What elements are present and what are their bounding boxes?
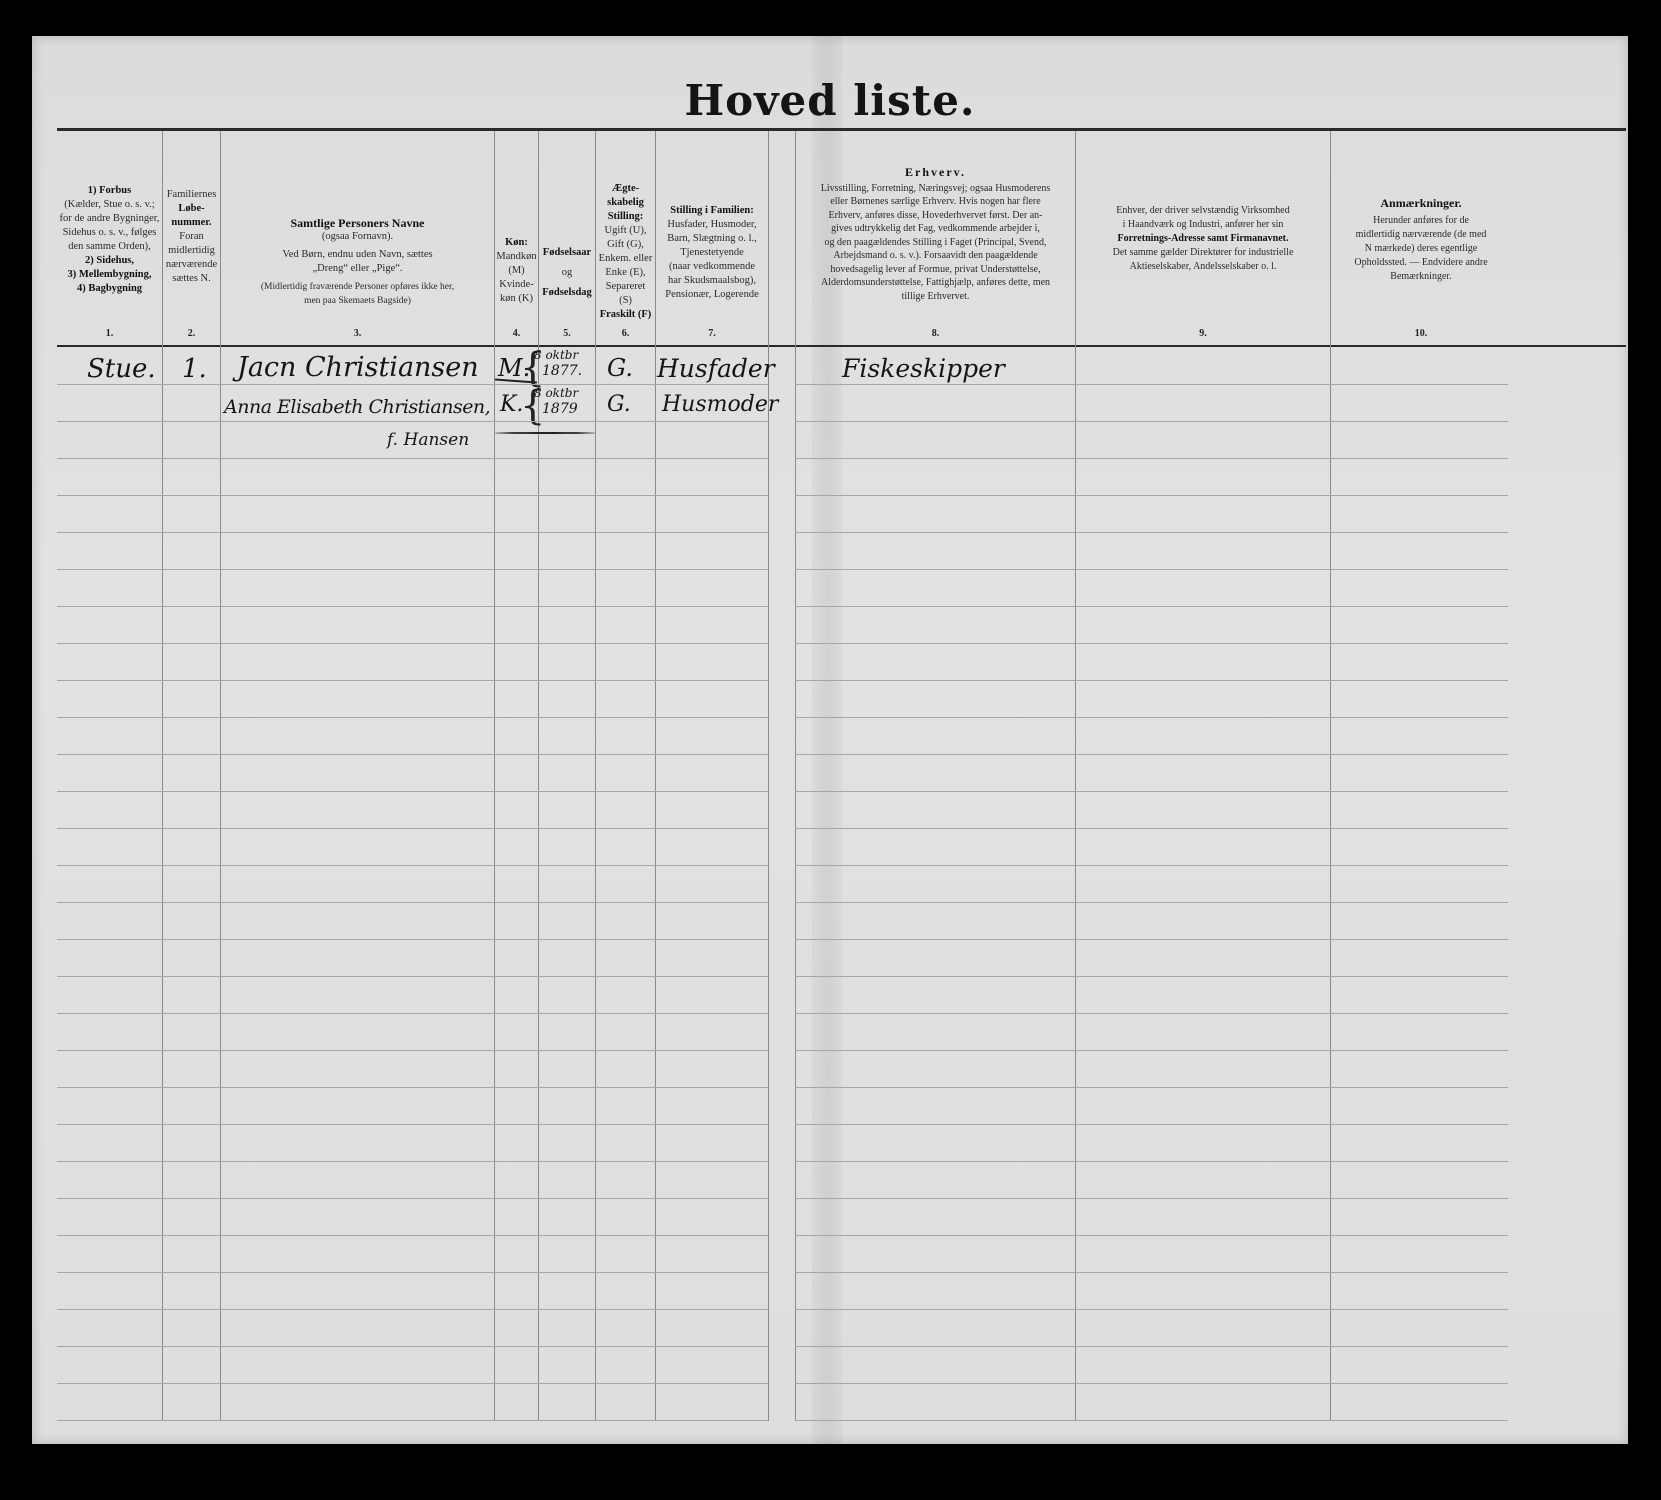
row-line bbox=[57, 458, 768, 459]
row-line bbox=[795, 865, 1508, 866]
row-line bbox=[57, 1383, 768, 1384]
header-line: køn (K) bbox=[495, 292, 538, 306]
column-divider bbox=[220, 131, 221, 1421]
header-line: Enke (E), bbox=[596, 266, 655, 280]
header-line: Livsstilling, Forretning, Næringsvej; og… bbox=[796, 182, 1075, 196]
column-divider bbox=[538, 131, 539, 1421]
row-line bbox=[795, 680, 1508, 681]
column-divider bbox=[1330, 131, 1331, 1421]
header-line: Ugift (U), bbox=[596, 224, 655, 238]
entry-family-number: 1. bbox=[182, 354, 207, 384]
header-col-4: Køn: Mandkøn (M) Kvinde- køn (K) bbox=[495, 236, 538, 306]
header-line: 1) Forbus bbox=[88, 185, 131, 196]
row-line bbox=[57, 606, 768, 607]
row-line bbox=[57, 532, 768, 533]
row-line bbox=[57, 495, 768, 496]
row-line bbox=[57, 1198, 768, 1199]
row-line bbox=[57, 384, 768, 385]
row-line bbox=[795, 1272, 1508, 1273]
row-line bbox=[57, 421, 768, 422]
header-line: Tjenestetyende bbox=[656, 246, 768, 260]
entry-building: Stue. bbox=[87, 354, 156, 384]
header-title: Samtlige Personers Navne bbox=[291, 216, 425, 230]
header-line: Alderdomsunderstøttelse, Fattighjælp, an… bbox=[796, 276, 1075, 290]
header-line: tillige Erhvervet. bbox=[796, 290, 1075, 304]
column-divider bbox=[655, 131, 656, 1421]
header-line: Fraskilt (F) bbox=[600, 309, 652, 320]
census-sheet: Hoved liste. 1) Forbus (Kælder, Stue o. … bbox=[32, 36, 1628, 1444]
header-line: Pensionær, Logerende bbox=[656, 288, 768, 302]
row-line bbox=[795, 1383, 1508, 1384]
header-line: Fødselsdag bbox=[542, 287, 592, 298]
header-line: Gift (G), bbox=[596, 238, 655, 252]
row-line bbox=[795, 754, 1508, 755]
column-divider bbox=[1075, 131, 1076, 1421]
row-line bbox=[57, 1087, 768, 1088]
header-line: Stilling i Familien: bbox=[670, 205, 753, 216]
header-title: Erhverv. bbox=[905, 165, 966, 179]
row-line bbox=[795, 828, 1508, 829]
row-line bbox=[795, 1235, 1508, 1236]
entry-name: Jacn Christiansen bbox=[237, 352, 479, 383]
row-line bbox=[795, 569, 1508, 570]
column-divider bbox=[595, 131, 596, 1421]
column-number: 1. bbox=[57, 328, 162, 339]
row-line bbox=[57, 1309, 768, 1310]
header-line: Køn: bbox=[505, 237, 528, 248]
row-line bbox=[57, 939, 768, 940]
row-line bbox=[57, 1161, 768, 1162]
row-line bbox=[57, 680, 768, 681]
row-line bbox=[795, 1346, 1508, 1347]
row-line bbox=[795, 1087, 1508, 1088]
header-line: Barn, Slægtning o. l., bbox=[656, 232, 768, 246]
entry-marital-status: G. bbox=[607, 354, 633, 382]
column-number: 4. bbox=[495, 328, 538, 339]
row-line bbox=[57, 1346, 768, 1347]
entry-birth-year: 1879 bbox=[542, 401, 578, 417]
page-title: Hoved liste. bbox=[32, 76, 1628, 125]
header-line: nærværende bbox=[163, 258, 220, 272]
header-line: Arbejdsmand o. s. v.). Forsaavidt den pa… bbox=[796, 249, 1075, 263]
row-line bbox=[795, 495, 1508, 496]
header-line: Opholdssted. — Endvidere andre bbox=[1331, 256, 1511, 270]
row-line bbox=[57, 1235, 768, 1236]
header-line: Enkem. eller bbox=[596, 252, 655, 266]
column-divider bbox=[795, 131, 796, 1421]
column-number: 6. bbox=[596, 328, 655, 339]
row-line bbox=[795, 421, 1508, 422]
header-line: 2) Sidehus, bbox=[85, 255, 134, 266]
header-line: (Midlertidig fraværende Personer opføres… bbox=[221, 280, 494, 294]
row-line bbox=[795, 1198, 1508, 1199]
header-line: og bbox=[539, 266, 595, 280]
header-col-7: Stilling i Familien: Husfader, Husmoder,… bbox=[656, 204, 768, 302]
row-line bbox=[795, 384, 1508, 385]
row-line bbox=[57, 1013, 768, 1014]
header-title: Anmærkninger. bbox=[1380, 196, 1461, 210]
row-line bbox=[795, 717, 1508, 718]
header-line: N mærkede) deres egentlige bbox=[1331, 242, 1511, 256]
header-line: (M) bbox=[495, 264, 538, 278]
header-line: Ægte- bbox=[612, 183, 639, 194]
row-line bbox=[795, 791, 1508, 792]
row-line bbox=[57, 902, 768, 903]
column-number: 9. bbox=[1076, 328, 1330, 339]
row-line bbox=[57, 791, 768, 792]
row-line bbox=[795, 1013, 1508, 1014]
header-line: Forretnings-Adresse samt Firmanavnet. bbox=[1118, 233, 1289, 244]
header-line: (naar vedkommende bbox=[656, 260, 768, 274]
column-divider bbox=[494, 131, 495, 1421]
entry-birth-date: 8 oktbr bbox=[534, 386, 578, 400]
entry-name: Anna Elisabeth Christiansen, bbox=[224, 396, 490, 418]
header-line: midlertidig nærværende (de med bbox=[1331, 228, 1511, 242]
header-line: „Dreng“ eller „Pige“. bbox=[221, 262, 494, 276]
entry-family-position: Husmoder bbox=[662, 392, 778, 417]
header-line: Erhverv, anføres disse, Hovederhvervet f… bbox=[796, 209, 1075, 223]
header-col-3: Samtlige Personers Navne (ogsaa Fornavn)… bbox=[221, 216, 494, 308]
header-line: i Haandværk og Industri, anfører her sin bbox=[1076, 218, 1330, 232]
header-line: nummer. bbox=[171, 217, 211, 228]
row-line bbox=[795, 1124, 1508, 1125]
row-line bbox=[57, 717, 768, 718]
row-line bbox=[57, 1124, 768, 1125]
header-col-5: Fødselsaar og Fødselsdag bbox=[539, 246, 595, 300]
column-number: 10. bbox=[1331, 328, 1511, 339]
header-line: men paa Skemaets Bagside) bbox=[221, 294, 494, 308]
header-line: 4) Bagbygning bbox=[77, 283, 142, 294]
header-line: Herunder anføres for de bbox=[1331, 214, 1511, 228]
row-line bbox=[57, 754, 768, 755]
header-line: (ogsaa Fornavn). bbox=[221, 230, 494, 244]
header-line: Løbe- bbox=[178, 203, 204, 214]
entry-family-position: Husfader bbox=[657, 354, 775, 383]
entry-birth-year: 1877. bbox=[542, 363, 582, 379]
header-col-1: 1) Forbus (Kælder, Stue o. s. v.; for de… bbox=[57, 184, 162, 296]
header-line: og den paagældendes Stilling i Faget (Pr… bbox=[796, 236, 1075, 250]
header-col-2: Familiernes Løbe- nummer. Foran midlerti… bbox=[163, 188, 220, 286]
column-divider bbox=[162, 131, 163, 1421]
header-line: sættes N. bbox=[163, 272, 220, 286]
header-line: eller Børnenes særlige Erhverv. Hvis nog… bbox=[796, 195, 1075, 209]
row-line bbox=[57, 1272, 768, 1273]
row-line bbox=[795, 643, 1508, 644]
header-line: (Kælder, Stue o. s. v.; bbox=[57, 198, 162, 212]
entry-name-maiden: f. Hansen bbox=[387, 430, 469, 450]
row-line bbox=[57, 828, 768, 829]
column-divider bbox=[768, 131, 769, 1421]
row-line bbox=[795, 1420, 1508, 1421]
header-line: Familiernes bbox=[163, 188, 220, 202]
header-line: skabelig bbox=[607, 197, 644, 208]
row-line bbox=[57, 865, 768, 866]
row-line bbox=[795, 902, 1508, 903]
row-line bbox=[57, 976, 768, 977]
row-line bbox=[795, 939, 1508, 940]
column-number: 3. bbox=[221, 328, 494, 339]
row-line bbox=[795, 1309, 1508, 1310]
header-line: Stilling: bbox=[608, 211, 644, 222]
header-line: hovedsagelig lever af Formue, privat Und… bbox=[796, 263, 1075, 277]
header-line: Ved Børn, endnu uden Navn, sættes bbox=[221, 248, 494, 262]
column-number: 2. bbox=[163, 328, 220, 339]
header-rule bbox=[57, 345, 1626, 347]
row-line bbox=[57, 569, 768, 570]
header-col-9: Enhver, der driver selvstændig Virksomhe… bbox=[1076, 204, 1330, 274]
header-line: (S) bbox=[596, 294, 655, 308]
entry-marital-status: G. bbox=[607, 392, 631, 417]
header-line: Enhver, der driver selvstændig Virksomhe… bbox=[1076, 204, 1330, 218]
header-line: 3) Mellembygning, bbox=[68, 269, 152, 280]
header-line: har Skudsmaalsbog), bbox=[656, 274, 768, 288]
row-line bbox=[795, 532, 1508, 533]
header-line: Fødselsaar bbox=[543, 247, 591, 258]
header-line: for de andre Bygninger, bbox=[57, 212, 162, 226]
header-col-6: Ægte- skabelig Stilling: Ugift (U), Gift… bbox=[596, 182, 655, 322]
row-line bbox=[795, 976, 1508, 977]
row-line bbox=[57, 643, 768, 644]
header-line: Husfader, Husmoder, bbox=[656, 218, 768, 232]
header-line: Aktieselskaber, Andelsselskaber o. l. bbox=[1076, 260, 1330, 274]
column-number: 8. bbox=[796, 328, 1075, 339]
header-line: Foran bbox=[163, 230, 220, 244]
header-line: gives udtrykkelig det Fag, vedkommende a… bbox=[796, 222, 1075, 236]
header-line: midlertidig bbox=[163, 244, 220, 258]
header-line: den samme Orden), bbox=[57, 240, 162, 254]
column-number: 5. bbox=[539, 328, 595, 339]
top-rule bbox=[57, 128, 1626, 131]
row-line bbox=[795, 458, 1508, 459]
header-line: Det samme gælder Direktører for industri… bbox=[1076, 246, 1330, 260]
header-line: Bemærkninger. bbox=[1331, 270, 1511, 284]
row-line bbox=[57, 1420, 768, 1421]
row-line bbox=[795, 1050, 1508, 1051]
row-line bbox=[795, 606, 1508, 607]
header-line: Mandkøn bbox=[495, 250, 538, 264]
header-line: Kvinde- bbox=[495, 278, 538, 292]
entry-occupation: Fiskeskipper bbox=[842, 354, 1005, 383]
header-line: Sidehus o. s. v., følges bbox=[57, 226, 162, 240]
column-number: 7. bbox=[656, 328, 768, 339]
row-line bbox=[795, 1161, 1508, 1162]
header-col-8: Erhverv. Livsstilling, Forretning, Nærin… bbox=[796, 166, 1075, 303]
row-line bbox=[57, 1050, 768, 1051]
header-line: Separeret bbox=[596, 280, 655, 294]
family-bracket-line bbox=[495, 432, 595, 434]
entry-birth-date: 8 oktbr bbox=[534, 348, 578, 362]
header-col-10: Anmærkninger. Herunder anføres for de mi… bbox=[1331, 196, 1511, 284]
